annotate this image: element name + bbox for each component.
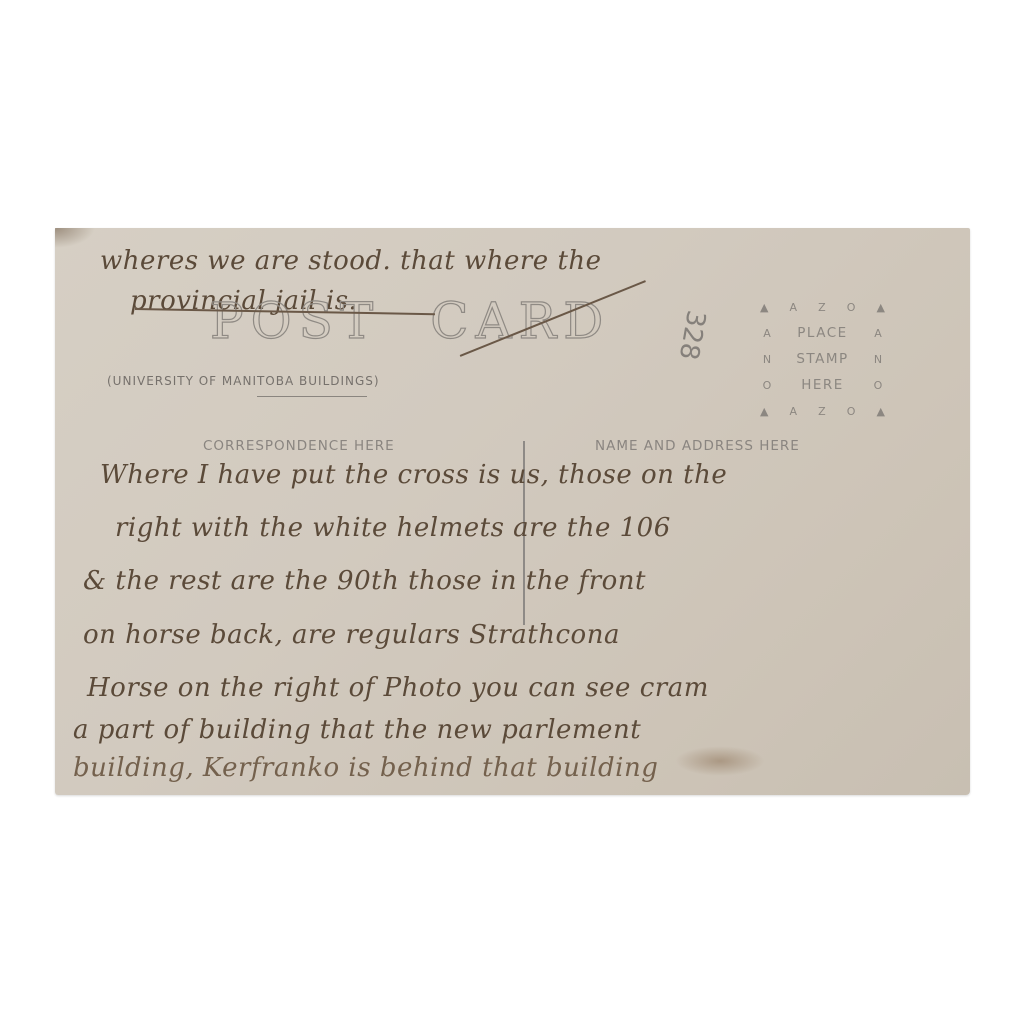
stamp-text-place: PLACE — [774, 325, 871, 341]
stamp-border-bottom: ▲ A Z O ▲ — [760, 398, 885, 424]
pencil-number: 328 — [673, 308, 711, 362]
postcard: wheres we are stood. that where the prov… — [55, 228, 970, 795]
stamp-border-letter: A — [790, 301, 798, 314]
stamp-border-letter: O — [760, 379, 774, 392]
handwritten-line-5: & the rest are the 90th those in the fro… — [83, 566, 646, 596]
triangle-icon: ▲ — [760, 301, 768, 314]
stamp-border-letter: A — [760, 327, 774, 340]
ink-smudge — [675, 746, 765, 776]
correspondence-label: CORRESPONDENCE HERE — [203, 438, 395, 454]
stamp-row-here: O HERE O — [760, 372, 885, 398]
handwritten-line-7: Horse on the right of Photo you can see … — [87, 673, 709, 703]
stamp-border-letter: Z — [818, 405, 826, 418]
stamp-row-stamp: N STAMP N — [760, 346, 885, 372]
stamp-border-letter: A — [790, 405, 798, 418]
stamp-border-top: ▲ A Z O ▲ — [760, 294, 885, 320]
pencil-note-text: (UNIVERSITY OF MANITOBA BUILDINGS) — [107, 374, 380, 388]
handwritten-line-9: building, Kerfranko is behind that build… — [73, 753, 658, 783]
stamp-border-letter: N — [760, 353, 774, 366]
stamp-text-here: HERE — [774, 377, 871, 393]
postcard-title: POSTCARD — [210, 292, 610, 350]
handwritten-line-6: on horse back, are regulars Strathcona — [83, 620, 620, 650]
handwritten-line-8: a part of building that the new parlemen… — [73, 715, 641, 745]
stamp-border-letter: A — [871, 327, 885, 340]
postcard-title-post: POST — [210, 292, 380, 350]
pencil-note: (UNIVERSITY OF MANITOBA BUILDINGS) — [107, 374, 380, 388]
pencil-underline — [257, 396, 367, 397]
handwritten-line-3: Where I have put the cross is us, those … — [100, 460, 727, 490]
handwritten-line-1: wheres we are stood. that where the — [100, 246, 602, 276]
triangle-icon: ▲ — [760, 405, 768, 418]
stamp-row-place: A PLACE A — [760, 320, 885, 346]
triangle-icon: ▲ — [877, 405, 885, 418]
stamp-border-letter: Z — [818, 301, 826, 314]
address-label: NAME AND ADDRESS HERE — [595, 438, 800, 454]
handwritten-line-4: right with the white helmets are the 106 — [115, 513, 671, 543]
stamp-border-letter: N — [871, 353, 885, 366]
stamp-border-letter: O — [871, 379, 885, 392]
triangle-icon: ▲ — [877, 301, 885, 314]
stamp-border-letter: O — [847, 301, 856, 314]
stamp-box: ▲ A Z O ▲ A PLACE A N STAMP N O HERE O ▲… — [760, 294, 885, 418]
postcard-title-card: CARD — [430, 292, 610, 350]
stamp-text-stamp: STAMP — [774, 351, 871, 367]
stamp-border-letter: O — [847, 405, 856, 418]
